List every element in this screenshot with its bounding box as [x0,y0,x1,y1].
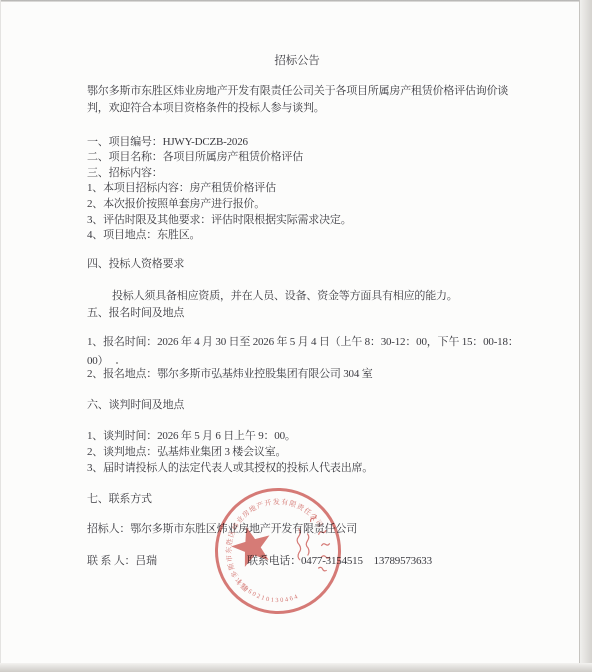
page-edge-left [0,0,1,672]
page-title: 招标公告 [87,53,507,69]
page-edge-right [579,0,592,672]
line-qualification-header: 四、投标人资格要求 [87,256,184,272]
line-tender-content-4: 4、项目地点：东胜区。 [87,227,200,243]
line-negotiation-time: 1、谈判时间：2026 年 5 月 6 日上午 9：00。 [87,428,296,444]
official-seal: 鄂尔多斯市东胜区炜业房地产开发有限责任公司 15060210130464 [202,475,353,626]
page-edge-bottom [0,663,592,672]
line-qualification-body: 投标人须具备相应资质，并在人员、设备、资金等方面具有相应的能力。 [112,288,458,304]
line-contact-header: 七、联系方式 [87,491,152,507]
scanned-tender-announcement-page: 招标公告 鄂尔多斯市东胜区炜业房地产开发有限责任公司关于各项目所属房产租赁价格评… [0,0,592,672]
line-project-number: 一、项目编号：HJWY-DCZB-2026 [87,134,248,150]
line-negotiation-attendee: 3、届时请投标人的法定代表人或其授权的投标人代表出席。 [87,460,373,476]
page-edge-top [0,0,592,2]
line-tender-content-1: 1、本项目招标内容：房产租赁价格评估 [87,180,276,196]
line-project-name: 二、项目名称：各项目所属房产租赁价格评估 [87,149,303,165]
line-tender-content-header: 三、招标内容： [87,165,163,181]
scan-speck [116,362,118,364]
line-registration-place: 2、报名地点：鄂尔多斯市弘基炜业控股集团有限公司 304 室 [87,366,373,382]
line-negotiation-place: 2、谈判地点：弘基炜业集团 3 楼会议室。 [87,444,286,460]
line-registration-time: 1、报名时间：2026 年 4 月 30 日至 2026 年 5 月 4 日（上… [87,334,519,350]
intro-paragraph: 鄂尔多斯市东胜区炜业房地产开发有限责任公司关于各项目所属房产租赁价格评估询价谈判… [87,83,511,116]
seal-ring [214,487,341,614]
line-tender-content-3: 3、评估时限及其他要求：评估时限根据实际需求决定。 [87,212,352,228]
line-contact-person: 联 系 人：吕瑞 [87,553,157,569]
line-negotiation-header: 六、谈判时间及地点 [87,397,184,413]
line-tender-content-2: 2、本次报价按照单套房产进行报价。 [87,196,265,212]
line-registration-header: 五、报名时间及地点 [87,305,184,321]
